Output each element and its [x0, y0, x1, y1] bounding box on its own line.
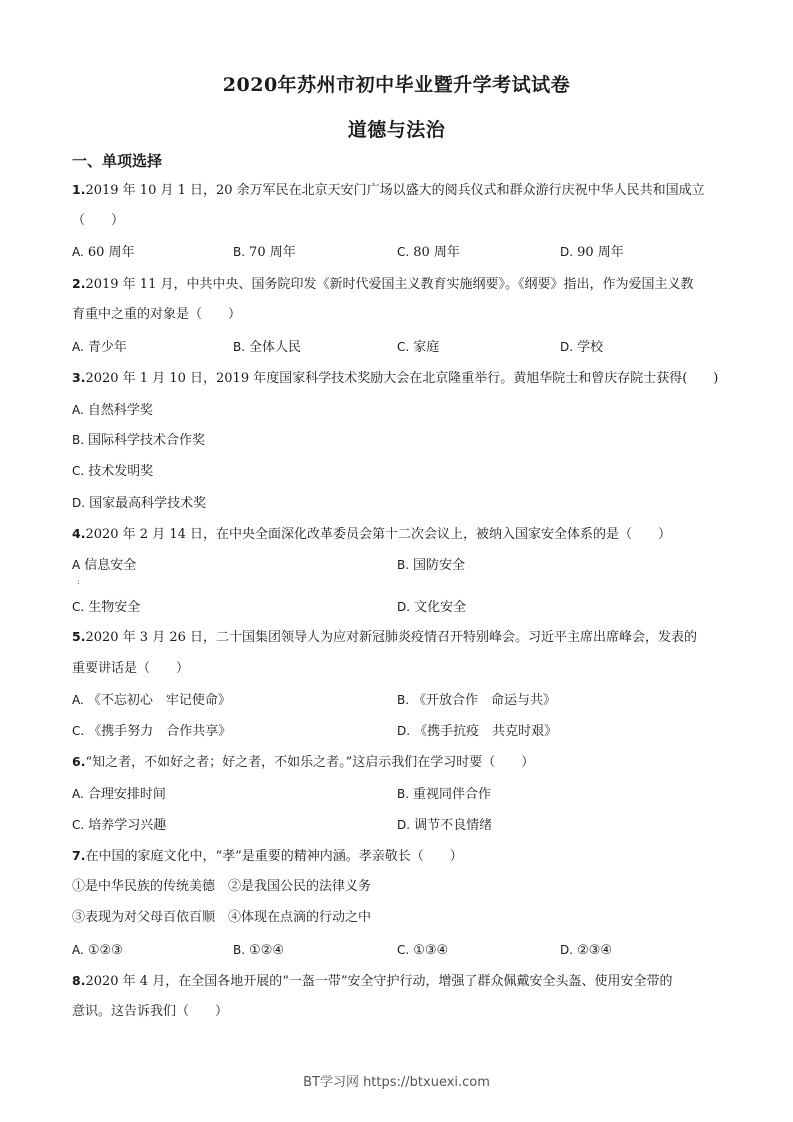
option-text: 《携手抗疫 共克时艰》: [414, 724, 557, 739]
option-text: 调节不良情绪: [414, 818, 492, 833]
option-label: D.: [560, 943, 573, 957]
option-text: 自然科学奖: [88, 403, 153, 418]
section-heading: 一、单项选择: [72, 150, 162, 171]
option-text: 80 周年: [413, 245, 460, 260]
option-label: C.: [397, 340, 409, 354]
question-5-stem: 5.2020 年 3 月 26 日，二十国集团领导人为应对新冠肺炎疫情召开特别峰…: [72, 628, 697, 647]
question-2-stem: 2.2019 年 11 月，中共中央、国务院印发《新时代爱国主义教育实施纲要》。…: [72, 275, 693, 294]
question-3-option-b: B.国际科学技术合作奖: [72, 431, 205, 450]
question-text: “知之者，不如好之者；好之者，不如乐之者。”这启示我们在学习时要（ ）: [85, 755, 534, 770]
question-number: 4.: [72, 526, 85, 541]
question-4-option-d: D.文化安全: [397, 598, 466, 617]
question-2-option-b: B.全体人民: [233, 338, 301, 357]
option-text: 文化安全: [414, 600, 466, 615]
question-7-statement-3-4: ③表现为对父母百依百顺 ④体现在点滴的行动之中: [72, 909, 371, 927]
option-label: D.: [397, 724, 410, 738]
option-label: C.: [72, 818, 84, 832]
option-label: D.: [560, 340, 573, 354]
question-4-option-a: A信息安全: [72, 556, 136, 575]
option-text: 培养学习兴趣: [88, 818, 166, 833]
option-text: 《不忘初心 牢记使命》: [88, 693, 231, 708]
question-2-option-d: D.学校: [560, 338, 603, 357]
option-label: D.: [397, 818, 410, 832]
option-label: B.: [397, 693, 409, 707]
question-8-stem-cont: 意识。这告诉我们（ ）: [72, 1003, 228, 1021]
option-label: D.: [560, 245, 573, 259]
question-5-option-b: B.《开放合作 命运与共》: [397, 691, 556, 710]
stray-mark: :: [77, 577, 80, 586]
question-4-option-b: B.国防安全: [397, 556, 465, 575]
question-7-stem: 7.在中国的家庭文化中，“孝”是重要的精神内涵。孝亲敬长（ ）: [72, 847, 463, 866]
option-label: A.: [72, 403, 84, 417]
option-label: B.: [397, 558, 409, 572]
option-text: 技术发明奖: [88, 464, 153, 479]
option-label: C.: [72, 600, 84, 614]
question-1-option-a: A.60 周年: [72, 243, 135, 262]
question-text: 2020 年 1 月 10 日，2019 年度国家科学技术奖励大会在北京隆重举行…: [85, 371, 718, 386]
question-7-option-d: D.②③④: [560, 941, 612, 960]
question-3-stem: 3.2020 年 1 月 10 日，2019 年度国家科学技术奖励大会在北京隆重…: [72, 369, 718, 388]
question-7-option-a: A.①②③: [72, 941, 123, 960]
option-text: ①③④: [413, 943, 448, 958]
question-2-option-c: C.家庭: [397, 338, 439, 357]
question-4-stem: 4.2020 年 2 月 14 日，在中央全面深化改革委员会第十二次会议上，被纳…: [72, 525, 671, 544]
option-label: B.: [233, 340, 245, 354]
question-6-option-a: A.合理安排时间: [72, 785, 166, 804]
option-text: 《携手努力 合作共享》: [88, 724, 231, 739]
option-text: 重视同伴合作: [413, 787, 491, 802]
option-label: B.: [397, 787, 409, 801]
question-5-stem-cont: 重要讲话是（ ）: [72, 660, 189, 678]
exam-page: 2020年苏州市初中毕业暨升学考试试卷 道德与法治 一、单项选择 1.2019 …: [0, 0, 793, 1122]
question-2-stem-cont: 育重中之重的对象是（ ）: [72, 306, 241, 324]
option-label: C.: [72, 724, 84, 738]
option-text: 《开放合作 命运与共》: [413, 693, 556, 708]
question-6-stem: 6.“知之者，不如好之者；好之者，不如乐之者。”这启示我们在学习时要（ ）: [72, 753, 534, 772]
question-number: 8.: [72, 973, 85, 988]
question-text: 2020 年 3 月 26 日，二十国集团领导人为应对新冠肺炎疫情召开特别峰会。…: [85, 630, 697, 645]
option-text: 90 周年: [577, 245, 624, 260]
exam-title: 2020年苏州市初中毕业暨升学考试试卷: [0, 70, 793, 97]
question-number: 7.: [72, 848, 85, 863]
option-label: B.: [72, 433, 84, 447]
question-5-option-a: A.《不忘初心 牢记使命》: [72, 691, 231, 710]
question-1-stem: 1.2019 年 10 月 1 日，20 余万军民在北京天安门广场以盛大的阅兵仪…: [72, 181, 705, 200]
option-label: C.: [397, 245, 409, 259]
question-text: 在中国的家庭文化中，“孝”是重要的精神内涵。孝亲敬长（ ）: [85, 849, 462, 864]
question-1-stem-cont: （ ）: [72, 212, 124, 230]
question-6-option-c: C.培养学习兴趣: [72, 816, 166, 835]
question-text: 2019 年 10 月 1 日，20 余万军民在北京天安门广场以盛大的阅兵仪式和…: [85, 183, 704, 198]
question-3-option-d: D.国家最高科学技术奖: [72, 494, 206, 513]
option-label: A: [72, 558, 80, 572]
question-number: 6.: [72, 754, 85, 769]
question-text: 2020 年 4 月，在全国各地开展的“一盔一带”安全守护行动，增强了群众佩戴安…: [85, 974, 672, 989]
option-text: 家庭: [413, 340, 439, 355]
question-2-option-a: A.青少年: [72, 338, 127, 357]
option-label: C.: [72, 464, 84, 478]
question-7-statement-1-2: ①是中华民族的传统美德 ②是我国公民的法律义务: [72, 878, 371, 896]
question-6-option-b: B.重视同伴合作: [397, 785, 491, 804]
question-3-option-c: C.技术发明奖: [72, 462, 153, 481]
option-text: 合理安排时间: [88, 787, 166, 802]
option-label: A.: [72, 787, 84, 801]
option-label: A.: [72, 340, 84, 354]
question-3-option-a: A.自然科学奖: [72, 401, 153, 420]
option-label: A.: [72, 245, 84, 259]
option-label: D.: [397, 600, 410, 614]
question-7-option-b: B.①②④: [233, 941, 284, 960]
option-label: D.: [72, 496, 85, 510]
option-text: 信息安全: [84, 558, 136, 573]
question-5-option-d: D.《携手抗疫 共克时艰》: [397, 722, 557, 741]
exam-subject: 道德与法治: [0, 115, 793, 142]
footer-watermark: BT学习网 https://btxuexi.com: [0, 1071, 793, 1090]
option-text: ②③④: [577, 943, 612, 958]
question-8-stem: 8.2020 年 4 月，在全国各地开展的“一盔一带”安全守护行动，增强了群众佩…: [72, 972, 673, 991]
option-text: 全体人民: [249, 340, 301, 355]
question-text: 2020 年 2 月 14 日，在中央全面深化改革委员会第十二次会议上，被纳入国…: [85, 527, 671, 542]
question-4-option-c: C.生物安全: [72, 598, 140, 617]
question-1-option-c: C.80 周年: [397, 243, 460, 262]
option-text: ①②④: [249, 943, 284, 958]
question-1-option-b: B.70 周年: [233, 243, 296, 262]
option-text: ①②③: [88, 943, 123, 958]
question-number: 2.: [72, 276, 85, 291]
option-text: 国防安全: [413, 558, 465, 573]
option-text: 70 周年: [249, 245, 296, 260]
option-text: 学校: [577, 340, 603, 355]
question-text: 2019 年 11 月，中共中央、国务院印发《新时代爱国主义教育实施纲要》。《纲…: [85, 277, 693, 292]
option-label: B.: [233, 245, 245, 259]
option-text: 国家最高科学技术奖: [89, 496, 206, 511]
option-text: 青少年: [88, 340, 127, 355]
option-text: 生物安全: [88, 600, 140, 615]
option-text: 国际科学技术合作奖: [88, 433, 205, 448]
question-6-option-d: D.调节不良情绪: [397, 816, 492, 835]
question-number: 5.: [72, 629, 85, 644]
question-number: 3.: [72, 370, 85, 385]
option-text: 60 周年: [88, 245, 135, 260]
question-7-option-c: C.①③④: [397, 941, 448, 960]
option-label: A.: [72, 693, 84, 707]
option-label: A.: [72, 943, 84, 957]
option-label: B.: [233, 943, 245, 957]
question-1-option-d: D.90 周年: [560, 243, 624, 262]
option-label: C.: [397, 943, 409, 957]
question-number: 1.: [72, 182, 85, 197]
question-5-option-c: C.《携手努力 合作共享》: [72, 722, 231, 741]
